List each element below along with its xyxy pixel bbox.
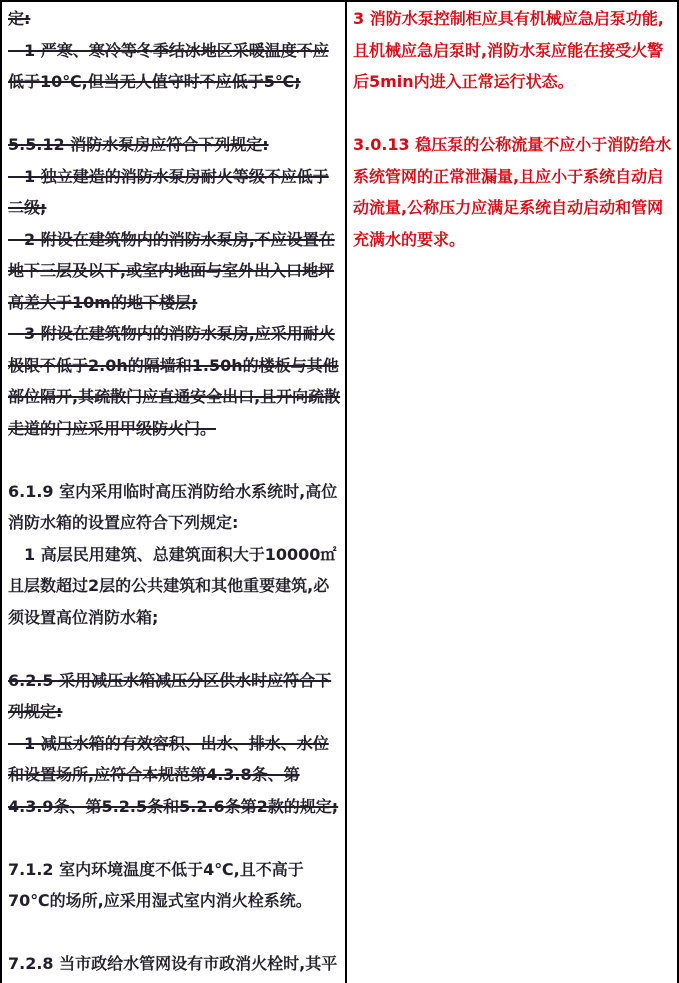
original-code-column: 定: 1 严寒、寒冷等冬季结冰地区采暖温度不应低于10℃,但当无人值守时不应低于… xyxy=(2,2,347,983)
paragraph: 2 附设在建筑物内的消防水泵房,不应设置在地下三层及以下,或室内地面与室外出入口… xyxy=(8,224,342,319)
comparison-table: 定: 1 严寒、寒冷等冬季结冰地区采暖温度不应低于10℃,但当无人值守时不应低于… xyxy=(0,0,679,983)
paragraph: 3 消防水泵控制柜应具有机械应急启泵功能,且机械应急启泵时,消防水泵应能在接受火… xyxy=(353,3,673,98)
paragraph: 3 附设在建筑物内的消防水泵房,应采用耐火极限不低于2.0h的隔墙和1.50h的… xyxy=(8,318,342,444)
paragraph: 5.5.12 消防水泵房应符合下列规定: xyxy=(8,129,342,161)
paragraph: 7.1.2 室内环境温度不低于4℃,且不高于70℃的场所,应采用湿式室内消火栓系… xyxy=(8,854,342,917)
paragraph: 6.1.9 室内采用临时高压消防给水系统时,高位消防水箱的设置应符合下列规定: xyxy=(8,476,342,539)
revised-code-column: 3 消防水泵控制柜应具有机械应急启泵功能,且机械应急启泵时,消防水泵应能在接受火… xyxy=(347,2,677,983)
paragraph: 定: xyxy=(8,3,342,35)
paragraph: 1 高层民用建筑、总建筑面积大于10000㎡且层数超过2层的公共建筑和其他重要建… xyxy=(8,539,342,634)
paragraph: 3.0.13 稳压泵的公称流量不应小于消防给水系统管网的正常泄漏量,且应小于系统… xyxy=(353,129,673,255)
paragraph: 6.2.5 采用减压水箱减压分区供水时应符合下列规定: xyxy=(8,665,342,728)
paragraph: 1 严寒、寒冷等冬季结冰地区采暖温度不应低于10℃,但当无人值守时不应低于5℃; xyxy=(8,35,342,98)
paragraph: 7.2.8 当市政给水管网设有市政消火栓时,其平 xyxy=(8,948,342,980)
paragraph: 1 独立建造的消防水泵房耐火等级不应低于二级; xyxy=(8,161,342,224)
paragraph: 1 减压水箱的有效容积、出水、排水、水位和设置场所,应符合本规范第4.3.8条、… xyxy=(8,728,342,823)
